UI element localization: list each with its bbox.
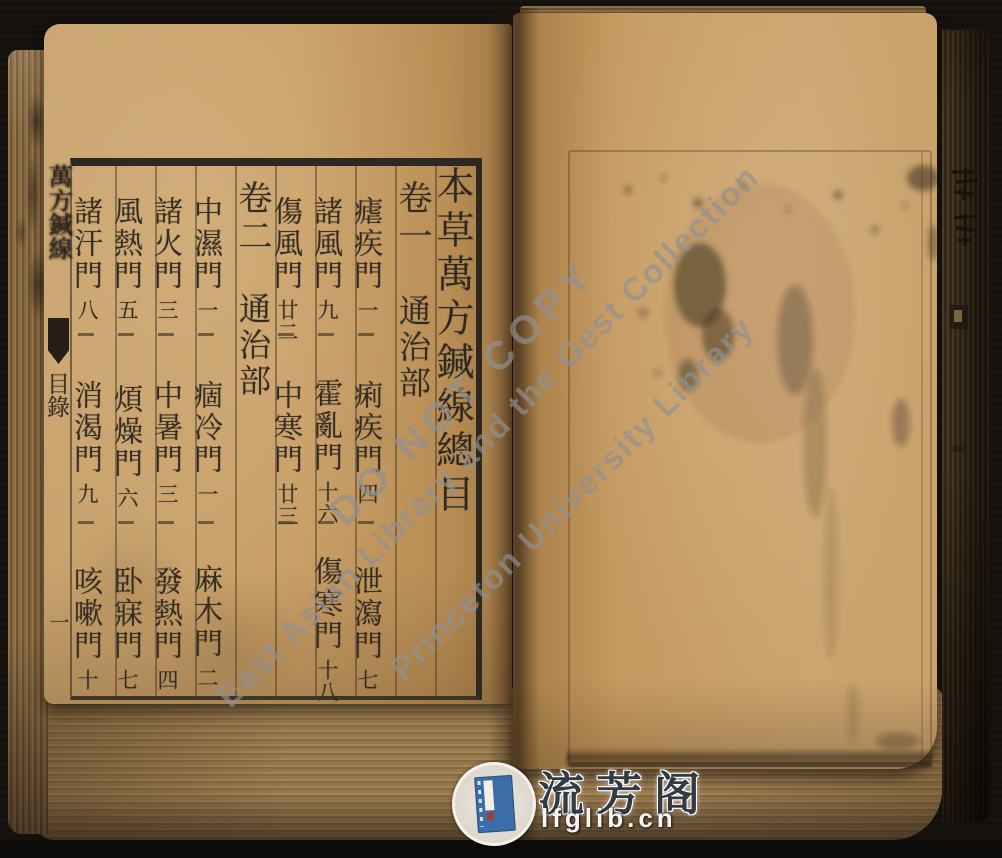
register-tick xyxy=(78,521,94,524)
register-tick xyxy=(158,333,174,336)
toc-entry-number: 七 xyxy=(356,662,377,691)
toc-entry-number: 十八 xyxy=(316,652,337,703)
toc-entry-name: 諸風門 xyxy=(310,196,344,292)
toc-entry-name: 咳嗽門 xyxy=(70,566,104,662)
toc-entry-number: 七 xyxy=(116,662,137,691)
toc-entry: 卧寐門七 xyxy=(112,566,141,691)
toc-entry-name: 中暑門 xyxy=(150,380,184,476)
fore-edge-partial-glyphs xyxy=(944,160,986,480)
banxin-running-title: 萬方鍼線 xyxy=(46,164,70,260)
leaf-number: 一 xyxy=(48,612,68,632)
volume-2-section: 通治部 xyxy=(237,292,269,400)
toc-entry-name: 麻木門 xyxy=(190,564,224,660)
toc-entry: 咳嗽門十 xyxy=(72,566,101,691)
toc-entry-number: 八 xyxy=(76,292,97,321)
register-tick xyxy=(118,333,134,336)
toc-entry-number: 九 xyxy=(76,476,97,505)
book-icon xyxy=(474,775,516,834)
toc-entry: 諸汗門八 xyxy=(72,196,101,321)
toc-entry-number: 一 xyxy=(196,476,217,505)
toc-entry: 痼冷門一 xyxy=(192,380,221,505)
volume-1-section: 通治部 xyxy=(397,294,429,402)
toc-entry-number: 九 xyxy=(316,292,337,321)
site-logo-badge xyxy=(452,762,536,846)
toc-entry-name: 煩燥門 xyxy=(110,384,144,480)
banxin-section-label: 目錄 xyxy=(44,372,67,418)
toc-entry: 中寒門廿三 xyxy=(272,380,301,527)
register-tick xyxy=(158,521,174,524)
site-domain-watermark: lfglib.cn xyxy=(541,803,677,834)
toc-entry-name: 傷風門 xyxy=(270,196,304,292)
toc-entry: 諸火門三 xyxy=(152,196,181,321)
register-tick xyxy=(318,333,334,336)
toc-entry-number: 一 xyxy=(356,292,377,321)
toc-entry-name: 發熱門 xyxy=(150,566,184,662)
book-label-icon xyxy=(483,780,494,811)
toc-entry-name: 消渴門 xyxy=(70,380,104,476)
toc-entry-number: 一 xyxy=(196,292,217,321)
toc-entry-number: 三 xyxy=(156,292,177,321)
toc-entry: 中濕門一 xyxy=(192,196,221,321)
register-tick xyxy=(358,333,374,336)
register-tick xyxy=(198,333,214,336)
left-fore-edge-ink-smudge xyxy=(10,90,48,350)
toc-entry-number: 六 xyxy=(116,480,137,509)
book-photograph: 本草萬方鍼線總目 卷一 通治部 卷二 通治部 瘧疾門一 痢疾門四 泄瀉門七 諸風… xyxy=(0,0,1002,858)
toc-entry-name: 風熱門 xyxy=(110,196,144,292)
toc-entry-number: 五 xyxy=(116,292,137,321)
toc-entry: 瘧疾門一 xyxy=(352,196,381,321)
toc-entry-name: 中濕門 xyxy=(190,196,224,292)
register-tick xyxy=(198,521,214,524)
toc-entry-name: 中寒門 xyxy=(270,380,304,476)
toc-entry: 麻木門二 xyxy=(192,564,221,689)
toc-entry: 風熱門五 xyxy=(112,196,141,321)
toc-entry-name: 瘧疾門 xyxy=(350,196,384,292)
toc-entry-name: 諸汗門 xyxy=(70,196,104,292)
toc-entry-number: 三 xyxy=(156,476,177,505)
toc-entry-number: 廿三 xyxy=(276,476,297,527)
toc-entry: 諸風門九 xyxy=(312,196,341,321)
toc-entry-number: 廿二 xyxy=(276,292,297,343)
volume-1-label: 卷一 xyxy=(395,180,429,256)
toc-entry: 傷風門廿二 xyxy=(272,196,301,343)
toc-entry-name: 霍亂門 xyxy=(310,378,344,474)
toc-entry: 發熱門四 xyxy=(152,566,181,691)
seal-icon xyxy=(487,812,494,819)
toc-entry-number: 四 xyxy=(156,662,177,691)
register-tick xyxy=(118,521,134,524)
toc-entry-number: 十 xyxy=(76,662,97,691)
toc-entry-name: 卧寐門 xyxy=(110,566,144,662)
toc-entry: 中暑門三 xyxy=(152,380,181,505)
volume-2-label: 卷二 xyxy=(235,180,269,256)
toc-entry: 消渴門九 xyxy=(72,380,101,505)
toc-entry-name: 痼冷門 xyxy=(190,380,224,476)
toc-entry-name: 諸火門 xyxy=(150,196,184,292)
toc-entry: 煩燥門六 xyxy=(112,384,141,509)
register-tick xyxy=(78,333,94,336)
